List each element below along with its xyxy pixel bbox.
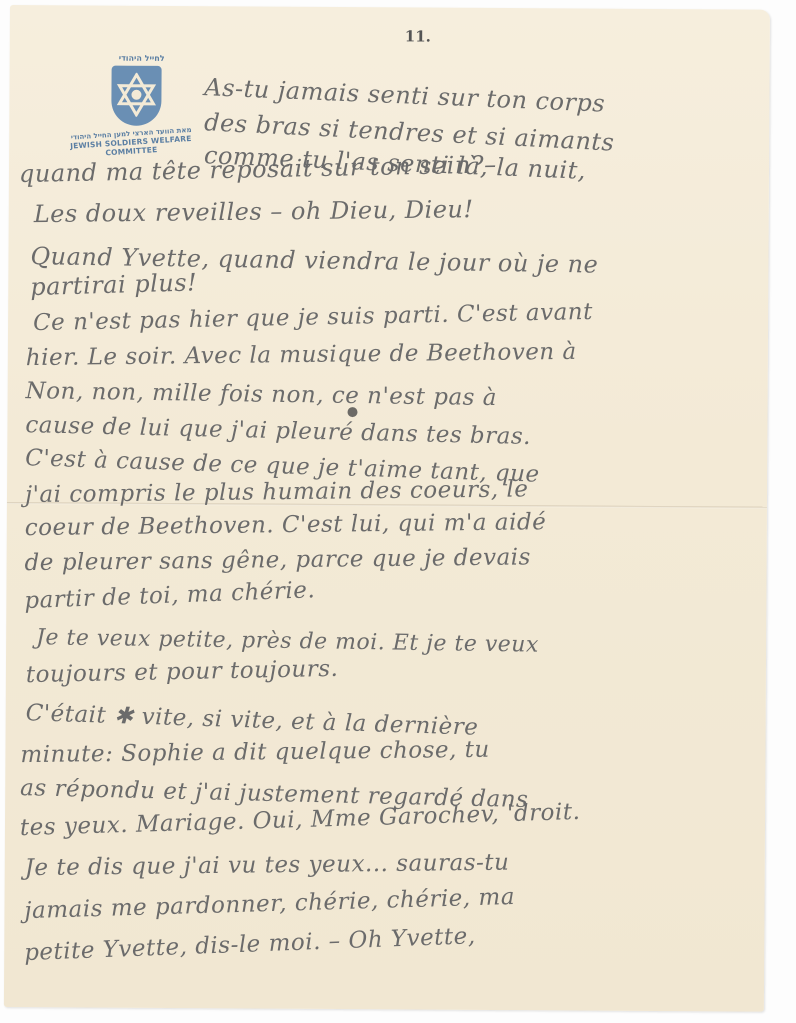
handwritten-line: hier. Le soir. Avec la musique de Beetho…: [26, 339, 577, 371]
handwritten-line: toujours et pour toujours.: [26, 656, 339, 688]
handwritten-line: Ce n'est pas hier que je suis parti. C'e…: [33, 299, 593, 336]
handwritten-line: j'ai compris le plus humain des coeurs, …: [25, 476, 529, 508]
handwritten-body: As-tu jamais senti sur ton corpsdes bras…: [10, 5, 770, 10]
handwritten-line: minute: Sophie a dit quelque chose, tu: [20, 737, 490, 768]
handwritten-line: Les doux reveilles – oh Dieu, Dieu!: [34, 195, 474, 228]
page-number: 11.: [405, 27, 431, 45]
handwritten-line: cause de lui que j'ai pleuré dans tes br…: [25, 412, 531, 450]
star-of-david-shield-icon: [111, 66, 161, 126]
handwritten-line: de pleurer sans gêne, parce que je devai…: [24, 544, 531, 576]
handwritten-line: coeur de Beethoven. C'est lui, qui m'a a…: [25, 509, 547, 541]
handwritten-line: partirai plus!: [30, 268, 198, 301]
letterhead: לחייל היהודי מאת הוועד הארצי למען החייל …: [51, 53, 212, 156]
handwritten-line: Je te veux petite, près de moi. Et je te…: [36, 625, 539, 657]
handwritten-line: partir de toi, ma chérie.: [24, 577, 316, 614]
handwritten-line: Je te dis que j'ai vu tes yeux... sauras…: [25, 850, 510, 881]
handwritten-line: jamais me pardonner, chérie, chérie, ma: [24, 884, 515, 924]
handwritten-line: C'était ✱ vite, si vite, et à la dernièr…: [25, 700, 478, 741]
letterhead-hebrew-top: לחייל היהודי: [72, 53, 212, 63]
handwritten-line: Non, non, mille fois non, ce n'est pas à: [25, 378, 497, 411]
handwritten-line: petite Yvette, dis-le moi. – Oh Yvette,: [24, 923, 476, 966]
letter-page: לחייל היהודי מאת הוועד הארצי למען החייל …: [4, 5, 770, 1012]
